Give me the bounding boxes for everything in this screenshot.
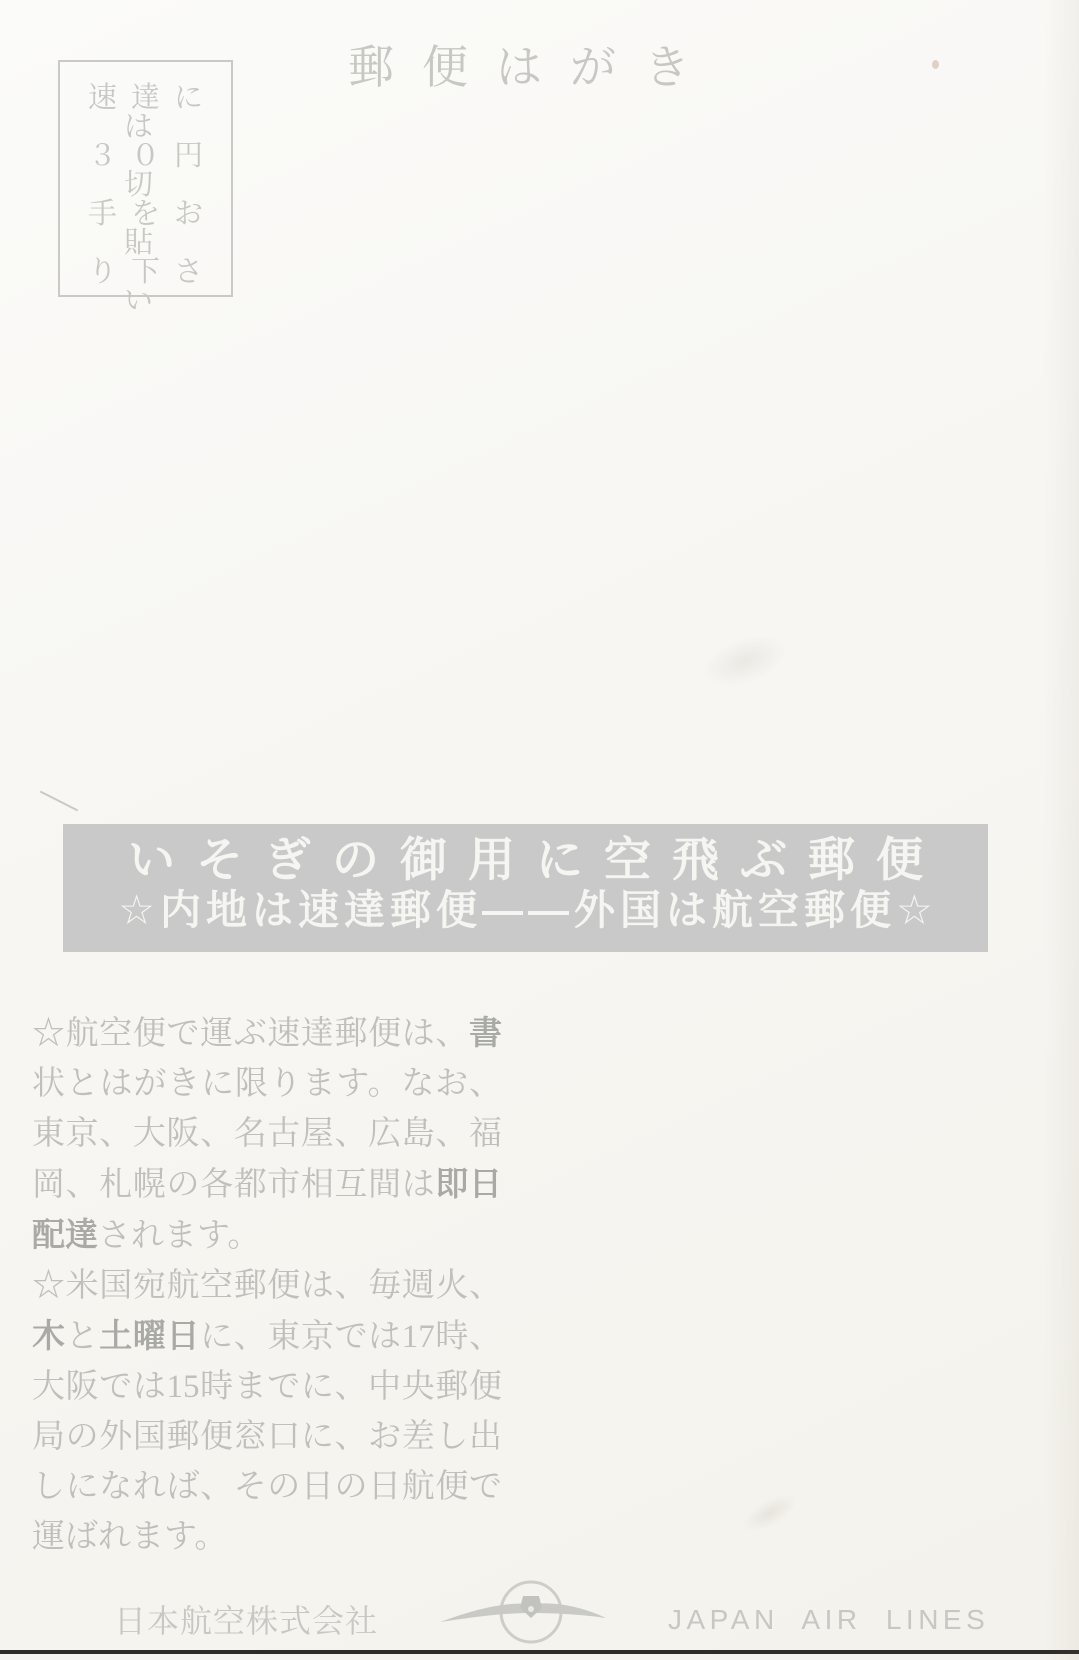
body-line: 岡、札幌の各都市相互間は即日 (32, 1159, 502, 1210)
body-emphasis: 土曜日 (99, 1317, 200, 1354)
body-emphasis: 配達 (32, 1216, 98, 1253)
stamp-instruction-line: ３０円切 (60, 142, 231, 200)
postcard-title: 郵便はがき (348, 40, 718, 95)
airmail-ad-banner: いそぎの御用に空飛ぶ郵便 ☆内地は速達郵便——外国は航空郵便☆ (63, 824, 988, 952)
body-line: 状とはがきに限ります。なお、 (32, 1059, 502, 1109)
scan-artifact (695, 624, 795, 698)
body-segment: に、東京では17時、 (200, 1319, 502, 1355)
body-line: ☆航空便で運ぶ速達郵便は、書 (32, 1008, 502, 1059)
body-line: 東京、大阪、名古屋、広島、福 (32, 1109, 502, 1159)
body-emphasis: 書 (469, 1014, 502, 1051)
banner-subheadline: ☆内地は速達郵便——外国は航空郵便☆ (63, 888, 988, 933)
body-line: ☆米国宛航空郵便は、毎週火、 (32, 1261, 502, 1311)
company-name-english: JAPAN AIR LINES (668, 1604, 989, 1636)
scan-artifact (40, 791, 78, 812)
body-emphasis: 木 (32, 1317, 66, 1354)
stamp-instruction-line: 手をお貼 (60, 200, 231, 258)
body-segment: 大阪では15時までに、中央郵便 (32, 1369, 502, 1405)
body-segment: 局の外国郵便窓口に、お差し出 (32, 1419, 502, 1455)
body-segment: ☆航空便で運ぶ速達郵便は、 (32, 1016, 469, 1052)
body-line: 局の外国郵便窓口に、お差し出 (32, 1412, 502, 1462)
jal-winged-circle-emblem-icon (438, 1578, 608, 1654)
scan-artifact (738, 1487, 803, 1540)
paper-edge-shading (1043, 0, 1079, 1660)
company-name-japanese: 日本航空株式会社 (114, 1596, 378, 1642)
body-segment: 運ばれます。 (32, 1519, 227, 1555)
stamp-instruction-line: 速達には (60, 84, 231, 142)
body-line: しになれば、その日の日航便で (32, 1462, 502, 1512)
express-stamp-instruction-box: 速達には ３０円切 手をお貼 り下さい (58, 60, 233, 297)
bottom-border-rule (0, 1650, 1079, 1654)
body-segment: しになれば、その日の日航便で (32, 1469, 502, 1505)
body-line: 木と土曜日に、東京では17時、 (32, 1311, 502, 1362)
body-segment: 状とはがきに限ります。なお、 (32, 1066, 502, 1102)
body-segment: と (66, 1319, 100, 1355)
body-line: 大阪では15時までに、中央郵便 (32, 1362, 502, 1412)
body-segment: 岡、札幌の各都市相互間は (32, 1167, 435, 1203)
body-segment: 東京、大阪、名古屋、広島、福 (32, 1116, 502, 1152)
body-line: 運ばれます。 (32, 1512, 502, 1562)
body-emphasis: 即日 (435, 1165, 502, 1202)
body-line: 配達されます。 (32, 1210, 502, 1261)
postcard-back: 速達には ３０円切 手をお貼 り下さい 郵便はがき いそぎの御用に空飛ぶ郵便 ☆… (0, 0, 1079, 1660)
scan-artifact (932, 60, 939, 69)
body-segment: ☆米国宛航空郵便は、毎週火、 (32, 1268, 502, 1304)
banner-headline: いそぎの御用に空飛ぶ郵便 (63, 834, 988, 887)
stamp-instruction-line: り下さい (60, 258, 231, 316)
body-segment: されます。 (98, 1218, 260, 1254)
body-text: ☆航空便で運ぶ速達郵便は、書状とはがきに限ります。なお、東京、大阪、名古屋、広島… (32, 1008, 502, 1562)
